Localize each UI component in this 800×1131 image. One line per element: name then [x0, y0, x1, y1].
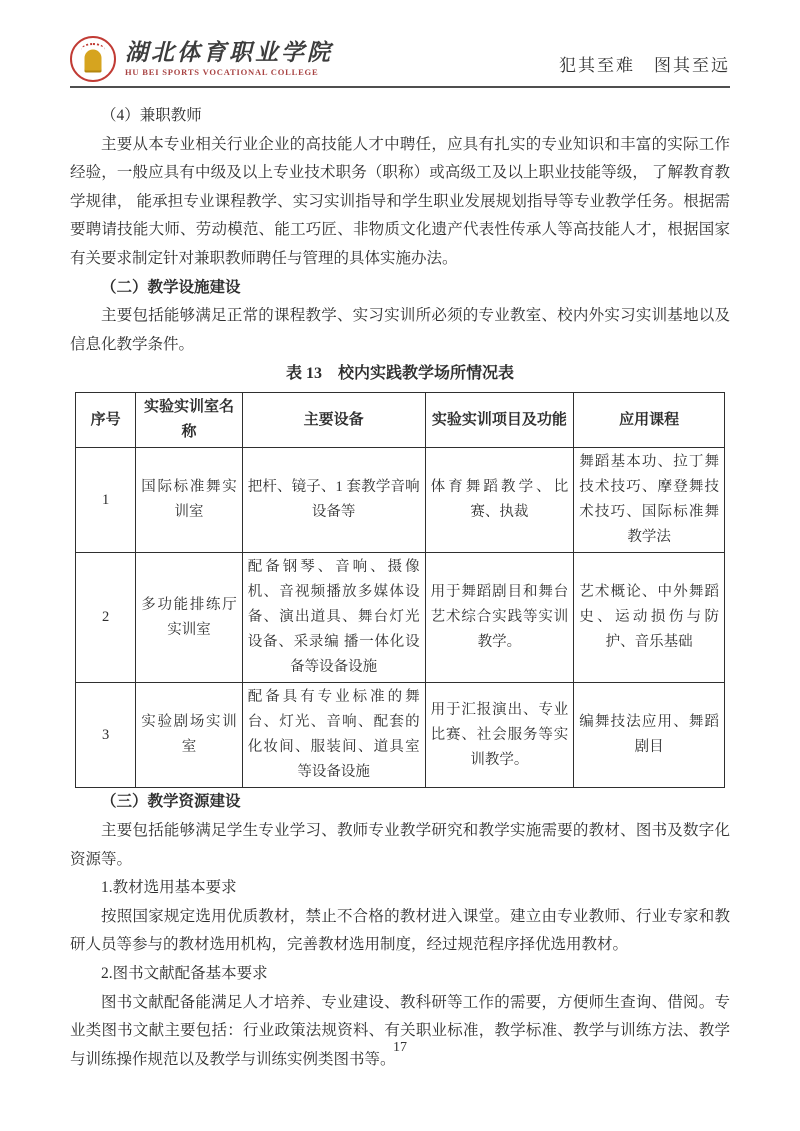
practice-venues-table: 序号 实验实训室名称 主要设备 实验实训项目及功能 应用课程 1 国际标准舞实训… [75, 392, 725, 788]
table-row: 2 多功能排练厅实训室 配备钢琴、音响、摄像机、音视频播放多媒体设备、演出道具、… [76, 553, 725, 683]
cell-function: 体育舞蹈教学、比赛、执裁 [425, 448, 574, 553]
heading-item4: （4）兼职教师 [70, 102, 730, 131]
cell-name: 多功能排练厅实训室 [136, 553, 242, 683]
cell-no: 1 [76, 448, 136, 553]
heading-section3: （三）教学资源建设 [70, 788, 730, 817]
cell-no: 3 [76, 683, 136, 788]
college-name-chinese: 湖北体育职业学院 [125, 40, 333, 65]
paragraph-section2: 主要包括能够满足正常的课程教学、实习实训所必须的专业教室、校内外实习实训基地以及… [70, 302, 730, 359]
college-name-block: 湖北体育职业学院 HU BEI SPORTS VOCATIONAL COLLEG… [125, 40, 333, 78]
table-header-row: 序号 实验实训室名称 主要设备 实验实训项目及功能 应用课程 [76, 393, 725, 448]
college-emblem-icon [70, 36, 116, 82]
college-name-english: HU BEI SPORTS VOCATIONAL COLLEGE [125, 68, 333, 77]
cell-courses: 舞蹈基本功、拉丁舞技术技巧、摩登舞技术技巧、国际标准舞教学法 [574, 448, 725, 553]
heading-section2: （二）教学设施建设 [70, 274, 730, 303]
heading-sub1: 1.教材选用基本要求 [70, 874, 730, 903]
page-header: 湖北体育职业学院 HU BEI SPORTS VOCATIONAL COLLEG… [70, 0, 730, 88]
page-number: 17 [0, 1040, 800, 1056]
col-header-function: 实验实训项目及功能 [425, 393, 574, 448]
cell-courses: 艺术概论、中外舞蹈史、运动损伤与防护、音乐基础 [574, 553, 725, 683]
table-row: 3 实验剧场实训室 配备具有专业标准的舞台、灯光、音响、配套的化妆间、服装间、道… [76, 683, 725, 788]
college-motto: 犯其至难 图其至远 [559, 51, 730, 86]
cell-no: 2 [76, 553, 136, 683]
document-page: 湖北体育职业学院 HU BEI SPORTS VOCATIONAL COLLEG… [0, 0, 800, 1131]
table-row: 1 国际标准舞实训室 把杆、镜子、1 套教学音响设备等 体育舞蹈教学、比赛、执裁… [76, 448, 725, 553]
heading-sub2: 2.图书文献配备基本要求 [70, 960, 730, 989]
col-header-no: 序号 [76, 393, 136, 448]
cell-name: 实验剧场实训室 [136, 683, 242, 788]
emblem-torch-icon [85, 50, 102, 73]
document-body: （4）兼职教师 主要从本专业相关行业企业的高技能人才中聘任，应具有扎实的专业知识… [70, 88, 730, 1074]
cell-courses: 编舞技法应用、舞蹈剧目 [574, 683, 725, 788]
cell-name: 国际标准舞实训室 [136, 448, 242, 553]
cell-equipment: 把杆、镜子、1 套教学音响设备等 [242, 448, 425, 553]
paragraph-sub1: 按照国家规定选用优质教材，禁止不合格的教材进入课堂。建立由专业教师、行业专家和教… [70, 903, 730, 960]
college-logo: 湖北体育职业学院 HU BEI SPORTS VOCATIONAL COLLEG… [70, 36, 333, 86]
col-header-courses: 应用课程 [574, 393, 725, 448]
cell-function: 用于舞蹈剧目和舞台艺术综合实践等实训教学。 [425, 553, 574, 683]
col-header-equipment: 主要设备 [242, 393, 425, 448]
paragraph-item4: 主要从本专业相关行业企业的高技能人才中聘任，应具有扎实的专业知识和丰富的实际工作… [70, 131, 730, 274]
paragraph-section3: 主要包括能够满足学生专业学习、教师专业教学研究和教学实施需要的教材、图书及数字化… [70, 817, 730, 874]
cell-function: 用于汇报演出、专业比赛、社会服务等实训教学。 [425, 683, 574, 788]
cell-equipment: 配备钢琴、音响、摄像机、音视频播放多媒体设备、演出道具、舞台灯光设备、采录编 播… [242, 553, 425, 683]
paragraph-sub2: 图书文献配备能满足人才培养、专业建设、教科研等工作的需要，方便师生查询、借阅。专… [70, 989, 730, 1075]
table-caption: 表 13 校内实践教学场所情况表 [70, 360, 730, 388]
col-header-name: 实验实训室名称 [136, 393, 242, 448]
cell-equipment: 配备具有专业标准的舞台、灯光、音响、配套的化妆间、服装间、道具室等设备设施 [242, 683, 425, 788]
